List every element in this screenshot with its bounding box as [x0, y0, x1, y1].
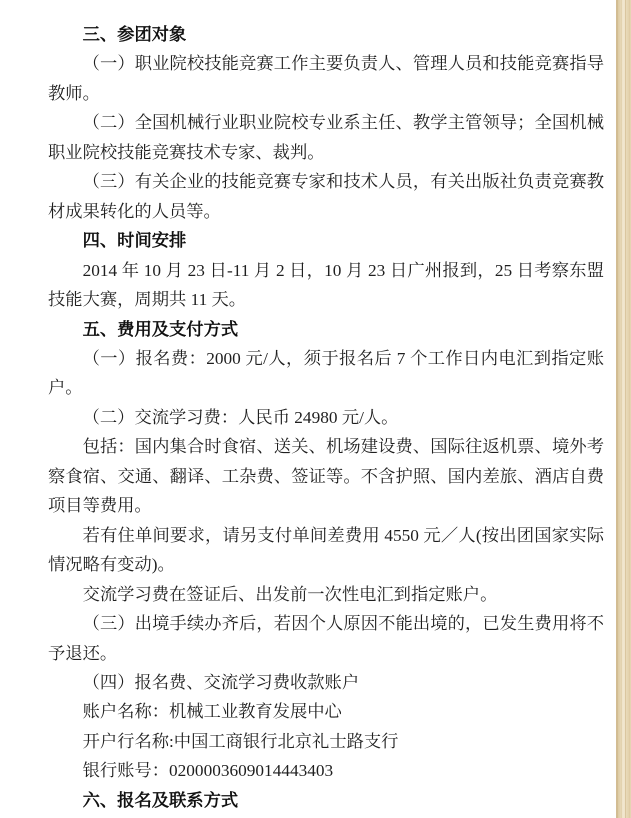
paragraph: 交流学习费在签证后、出发前一次性电汇到指定账户。	[48, 580, 604, 609]
paragraph: 银行账号：0200003609014443403	[48, 756, 604, 785]
section-heading: 三、参团对象	[48, 20, 604, 49]
paragraph: 包括：国内集合时食宿、送关、机场建设费、国际往返机票、境外考察食宿、交通、翻译、…	[48, 432, 604, 520]
section-heading: 五、费用及支付方式	[48, 315, 604, 344]
paragraph: 2014 年 10 月 23 日-11 月 2 日，10 月 23 日广州报到，…	[48, 256, 604, 315]
paragraph: （四）报名费、交流学习费收款账户	[48, 668, 604, 697]
paragraph: 账户名称：机械工业教育发展中心	[48, 697, 604, 726]
paragraph: （二）全国机械行业职业院校专业系主任、教学主管领导；全国机械职业院校技能竞赛技术…	[48, 108, 604, 167]
section-heading: 四、时间安排	[48, 226, 604, 255]
page-edge-texture	[616, 0, 631, 818]
paragraph: （二）交流学习费：人民币 24980 元/人。	[48, 403, 604, 432]
section-heading: 六、报名及联系方式	[48, 786, 604, 815]
paragraph: （三）出境手续办齐后，若因个人原因不能出境的，已发生费用将不予退还。	[48, 609, 604, 668]
paragraph: 开户行名称:中国工商银行北京礼士路支行	[48, 727, 604, 756]
paragraph: （三）有关企业的技能竞赛专家和技术人员，有关出版社负责竞赛教材成果转化的人员等。	[48, 167, 604, 226]
paragraph: （一）报名费：2000 元/人，须于报名后 7 个工作日内电汇到指定账户。	[48, 344, 604, 403]
paragraph: （一）职业院校技能竞赛工作主要负责人、管理人员和技能竞赛指导教师。	[48, 49, 604, 108]
paragraph: 若有住单间要求，请另支付单间差费用 4550 元／人(按出团国家实际情况略有变动…	[48, 521, 604, 580]
document-content: 三、参团对象（一）职业院校技能竞赛工作主要负责人、管理人员和技能竞赛指导教师。（…	[48, 20, 604, 815]
document-page: 三、参团对象（一）职业院校技能竞赛工作主要负责人、管理人员和技能竞赛指导教师。（…	[0, 0, 631, 818]
